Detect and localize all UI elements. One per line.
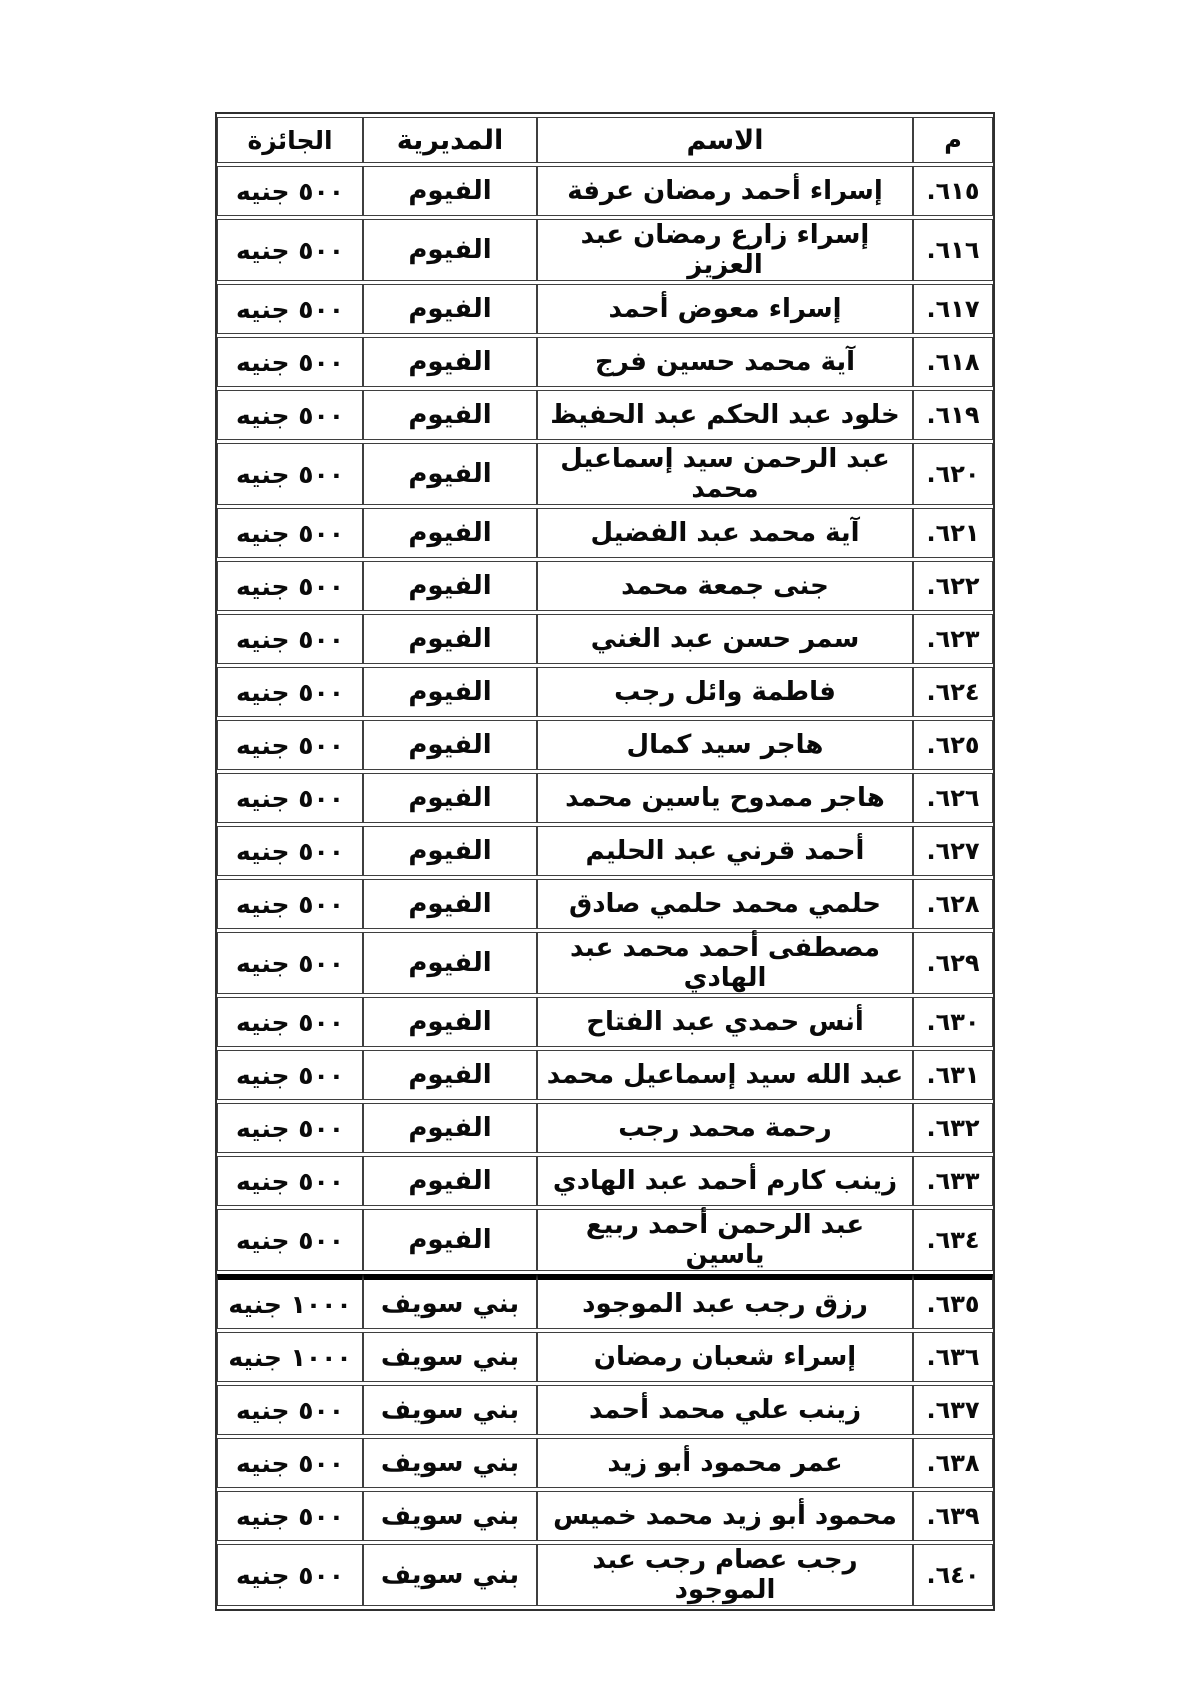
prize-cell: ٥٠٠ جنيه bbox=[217, 667, 363, 717]
prize-cell: ٥٠٠ جنيه bbox=[217, 932, 363, 994]
row-number-cell: ٦١٩. bbox=[913, 390, 993, 440]
directorate-cell: الفيوم bbox=[363, 1050, 537, 1100]
row-number-cell: ٦٣١. bbox=[913, 1050, 993, 1100]
row-number-cell: ٦١٧. bbox=[913, 284, 993, 334]
winner-name-cell: إسراء معوض أحمد bbox=[537, 284, 913, 334]
row-number-cell: ٦٢٠. bbox=[913, 443, 993, 505]
table-row: ٦٤٠. رجب عصام رجب عبد الموجود بني سويف ٥… bbox=[217, 1544, 993, 1606]
winner-name-cell: آية محمد حسين فرج bbox=[537, 337, 913, 387]
winners-table: م الاسم المديرية الجائزة ٦١٥. إسراء أحمد… bbox=[215, 112, 995, 1611]
row-number-cell: ٦٢٩. bbox=[913, 932, 993, 994]
row-number-cell: ٦١٦. bbox=[913, 219, 993, 281]
table-row: ٦٢٨. حلمي محمد حلمي صادق الفيوم ٥٠٠ جنيه bbox=[217, 879, 993, 929]
directorate-cell: بني سويف bbox=[363, 1438, 537, 1488]
row-number-cell: ٦١٨. bbox=[913, 337, 993, 387]
header-row: م الاسم المديرية الجائزة bbox=[217, 117, 993, 163]
prize-cell: ١٠٠٠ جنيه bbox=[217, 1332, 363, 1382]
directorate-cell: الفيوم bbox=[363, 219, 537, 281]
table-row: ٦١٩. خلود عبد الحكم عبد الحفيظ الفيوم ٥٠… bbox=[217, 390, 993, 440]
prize-cell: ٥٠٠ جنيه bbox=[217, 1209, 363, 1271]
table-row: ٦٢٤. فاطمة وائل رجب الفيوم ٥٠٠ جنيه bbox=[217, 667, 993, 717]
row-number-cell: ٦٢١. bbox=[913, 508, 993, 558]
row-number-cell: ٦٢٥. bbox=[913, 720, 993, 770]
winner-name-cell: سمر حسن عبد الغني bbox=[537, 614, 913, 664]
row-number-cell: ٦٣٣. bbox=[913, 1156, 993, 1206]
table-row: ٦٢٢. جنى جمعة محمد الفيوم ٥٠٠ جنيه bbox=[217, 561, 993, 611]
winner-name-cell: أحمد قرني عبد الحليم bbox=[537, 826, 913, 876]
row-number-cell: ٦٢٨. bbox=[913, 879, 993, 929]
prize-cell: ٥٠٠ جنيه bbox=[217, 390, 363, 440]
prize-cell: ٥٠٠ جنيه bbox=[217, 337, 363, 387]
row-number-cell: ٦٣٩. bbox=[913, 1491, 993, 1541]
directorate-cell: الفيوم bbox=[363, 1103, 537, 1153]
directorate-cell: الفيوم bbox=[363, 720, 537, 770]
table-row: ٦٣٤. عبد الرحمن أحمد ربيع ياسين الفيوم ٥… bbox=[217, 1209, 993, 1271]
winner-name-cell: هاجر سيد كمال bbox=[537, 720, 913, 770]
prize-cell: ٥٠٠ جنيه bbox=[217, 1385, 363, 1435]
winner-name-cell: مصطفى أحمد محمد عبد الهادي bbox=[537, 932, 913, 994]
winner-name-cell: هاجر ممدوح ياسين محمد bbox=[537, 773, 913, 823]
row-number-cell: ٦٣٨. bbox=[913, 1438, 993, 1488]
directorate-cell: الفيوم bbox=[363, 508, 537, 558]
prize-cell: ٥٠٠ جنيه bbox=[217, 614, 363, 664]
row-number-cell: ٦٣٠. bbox=[913, 997, 993, 1047]
row-number-cell: ٦٢٧. bbox=[913, 826, 993, 876]
winner-name-cell: عبد الرحمن سيد إسماعيل محمد bbox=[537, 443, 913, 505]
table-row: ٦١٥. إسراء أحمد رمضان عرفة الفيوم ٥٠٠ جن… bbox=[217, 166, 993, 216]
winner-name-cell: حلمي محمد حلمي صادق bbox=[537, 879, 913, 929]
directorate-cell: الفيوم bbox=[363, 997, 537, 1047]
table-row: ٦٢١. آية محمد عبد الفضيل الفيوم ٥٠٠ جنيه bbox=[217, 508, 993, 558]
prize-cell: ٥٠٠ جنيه bbox=[217, 997, 363, 1047]
table-row: ٦٢٥. هاجر سيد كمال الفيوم ٥٠٠ جنيه bbox=[217, 720, 993, 770]
directorate-cell: بني سويف bbox=[363, 1491, 537, 1541]
winner-name-cell: عبد الرحمن أحمد ربيع ياسين bbox=[537, 1209, 913, 1271]
table-row: ٦٢٩. مصطفى أحمد محمد عبد الهادي الفيوم ٥… bbox=[217, 932, 993, 994]
directorate-cell: الفيوم bbox=[363, 667, 537, 717]
table-row: ٦١٧. إسراء معوض أحمد الفيوم ٥٠٠ جنيه bbox=[217, 284, 993, 334]
winner-name-cell: أنس حمدي عبد الفتاح bbox=[537, 997, 913, 1047]
winner-name-cell: فاطمة وائل رجب bbox=[537, 667, 913, 717]
prize-cell: ٥٠٠ جنيه bbox=[217, 166, 363, 216]
directorate-cell: الفيوم bbox=[363, 337, 537, 387]
prize-cell: ٥٠٠ جنيه bbox=[217, 826, 363, 876]
winner-name-cell: محمود أبو زيد محمد خميس bbox=[537, 1491, 913, 1541]
winner-name-cell: رزق رجب عبد الموجود bbox=[537, 1274, 913, 1329]
header-name: الاسم bbox=[537, 117, 913, 163]
winner-name-cell: إسراء زارع رمضان عبد العزيز bbox=[537, 219, 913, 281]
prize-cell: ٥٠٠ جنيه bbox=[217, 1544, 363, 1606]
prize-cell: ٥٠٠ جنيه bbox=[217, 1491, 363, 1541]
table-row: ٦٢٧. أحمد قرني عبد الحليم الفيوم ٥٠٠ جني… bbox=[217, 826, 993, 876]
winner-name-cell: زينب كارم أحمد عبد الهادي bbox=[537, 1156, 913, 1206]
directorate-cell: الفيوم bbox=[363, 1209, 537, 1271]
winner-name-cell: آية محمد عبد الفضيل bbox=[537, 508, 913, 558]
prize-cell: ٥٠٠ جنيه bbox=[217, 773, 363, 823]
winner-name-cell: خلود عبد الحكم عبد الحفيظ bbox=[537, 390, 913, 440]
row-number-cell: ٦٣٤. bbox=[913, 1209, 993, 1271]
header-number: م bbox=[913, 117, 993, 163]
directorate-cell: بني سويف bbox=[363, 1544, 537, 1606]
prize-cell: ٥٠٠ جنيه bbox=[217, 561, 363, 611]
table-row: ٦٣٦. إسراء شعبان رمضان بني سويف ١٠٠٠ جني… bbox=[217, 1332, 993, 1382]
prize-cell: ٥٠٠ جنيه bbox=[217, 443, 363, 505]
winner-name-cell: إسراء أحمد رمضان عرفة bbox=[537, 166, 913, 216]
winner-name-cell: رجب عصام رجب عبد الموجود bbox=[537, 1544, 913, 1606]
table-row: ٦٣٧. زينب علي محمد أحمد بني سويف ٥٠٠ جني… bbox=[217, 1385, 993, 1435]
table-body: ٦١٥. إسراء أحمد رمضان عرفة الفيوم ٥٠٠ جن… bbox=[217, 166, 993, 1606]
table-row: ٦٣٣. زينب كارم أحمد عبد الهادي الفيوم ٥٠… bbox=[217, 1156, 993, 1206]
prize-cell: ٥٠٠ جنيه bbox=[217, 219, 363, 281]
directorate-cell: بني سويف bbox=[363, 1274, 537, 1329]
table-row: ٦٢٣. سمر حسن عبد الغني الفيوم ٥٠٠ جنيه bbox=[217, 614, 993, 664]
table-row: ٦٣٢. رحمة محمد رجب الفيوم ٥٠٠ جنيه bbox=[217, 1103, 993, 1153]
prize-cell: ١٠٠٠ جنيه bbox=[217, 1274, 363, 1329]
winner-name-cell: جنى جمعة محمد bbox=[537, 561, 913, 611]
directorate-cell: الفيوم bbox=[363, 166, 537, 216]
directorate-cell: الفيوم bbox=[363, 561, 537, 611]
directorate-cell: الفيوم bbox=[363, 443, 537, 505]
header-directorate: المديرية bbox=[363, 117, 537, 163]
table-row: ٦٣٨. عمر محمود أبو زيد بني سويف ٥٠٠ جنيه bbox=[217, 1438, 993, 1488]
prize-cell: ٥٠٠ جنيه bbox=[217, 1438, 363, 1488]
winner-name-cell: إسراء شعبان رمضان bbox=[537, 1332, 913, 1382]
row-number-cell: ٦٣٢. bbox=[913, 1103, 993, 1153]
directorate-cell: الفيوم bbox=[363, 826, 537, 876]
prize-cell: ٥٠٠ جنيه bbox=[217, 879, 363, 929]
directorate-cell: الفيوم bbox=[363, 773, 537, 823]
directorate-cell: بني سويف bbox=[363, 1385, 537, 1435]
table-row: ٦٣٩. محمود أبو زيد محمد خميس بني سويف ٥٠… bbox=[217, 1491, 993, 1541]
table-header: م الاسم المديرية الجائزة bbox=[217, 117, 993, 163]
prize-cell: ٥٠٠ جنيه bbox=[217, 1156, 363, 1206]
prize-cell: ٥٠٠ جنيه bbox=[217, 1050, 363, 1100]
row-number-cell: ٦٢٤. bbox=[913, 667, 993, 717]
table-row: ٦٢٦. هاجر ممدوح ياسين محمد الفيوم ٥٠٠ جن… bbox=[217, 773, 993, 823]
directorate-cell: الفيوم bbox=[363, 1156, 537, 1206]
table-row: ٦١٨. آية محمد حسين فرج الفيوم ٥٠٠ جنيه bbox=[217, 337, 993, 387]
winner-name-cell: عبد الله سيد إسماعيل محمد bbox=[537, 1050, 913, 1100]
winner-name-cell: رحمة محمد رجب bbox=[537, 1103, 913, 1153]
prize-cell: ٥٠٠ جنيه bbox=[217, 720, 363, 770]
header-prize: الجائزة bbox=[217, 117, 363, 163]
directorate-cell: الفيوم bbox=[363, 284, 537, 334]
table-row: ٦٣٠. أنس حمدي عبد الفتاح الفيوم ٥٠٠ جنيه bbox=[217, 997, 993, 1047]
winner-name-cell: زينب علي محمد أحمد bbox=[537, 1385, 913, 1435]
prize-cell: ٥٠٠ جنيه bbox=[217, 1103, 363, 1153]
table-row: ٦٣٥. رزق رجب عبد الموجود بني سويف ١٠٠٠ ج… bbox=[217, 1274, 993, 1329]
row-number-cell: ٦٣٦. bbox=[913, 1332, 993, 1382]
row-number-cell: ٦٣٥. bbox=[913, 1274, 993, 1329]
row-number-cell: ٦١٥. bbox=[913, 166, 993, 216]
table-row: ٦١٦. إسراء زارع رمضان عبد العزيز الفيوم … bbox=[217, 219, 993, 281]
directorate-cell: الفيوم bbox=[363, 879, 537, 929]
row-number-cell: ٦٢٦. bbox=[913, 773, 993, 823]
table-row: ٦٣١. عبد الله سيد إسماعيل محمد الفيوم ٥٠… bbox=[217, 1050, 993, 1100]
directorate-cell: الفيوم bbox=[363, 614, 537, 664]
row-number-cell: ٦٤٠. bbox=[913, 1544, 993, 1606]
prize-cell: ٥٠٠ جنيه bbox=[217, 284, 363, 334]
prize-cell: ٥٠٠ جنيه bbox=[217, 508, 363, 558]
directorate-cell: الفيوم bbox=[363, 932, 537, 994]
winner-name-cell: عمر محمود أبو زيد bbox=[537, 1438, 913, 1488]
document-page: ڤيتو م الاسم المديرية الجائزة ٦١٥. إسراء… bbox=[0, 0, 1191, 1685]
table-row: ٦٢٠. عبد الرحمن سيد إسماعيل محمد الفيوم … bbox=[217, 443, 993, 505]
directorate-cell: الفيوم bbox=[363, 390, 537, 440]
row-number-cell: ٦٢٣. bbox=[913, 614, 993, 664]
row-number-cell: ٦٣٧. bbox=[913, 1385, 993, 1435]
row-number-cell: ٦٢٢. bbox=[913, 561, 993, 611]
directorate-cell: بني سويف bbox=[363, 1332, 537, 1382]
